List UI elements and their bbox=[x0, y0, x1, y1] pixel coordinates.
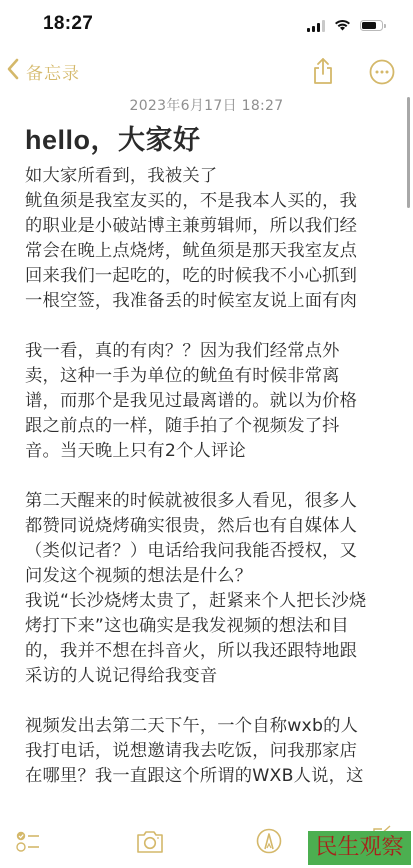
chevron-left-icon bbox=[6, 58, 20, 84]
note-line: 谱，而那个是我见过最离谱的。就以为价格 bbox=[25, 389, 380, 414]
wifi-icon bbox=[334, 16, 351, 35]
markup-button[interactable] bbox=[255, 827, 283, 859]
note-line: 跟之前点的一样，随手拍了个视频发了抖 bbox=[25, 414, 380, 439]
note-body[interactable]: 如大家所看到，我被关了 鱿鱼须是我室友买的，不是我本人买的，我 的职业是小破站博… bbox=[25, 164, 380, 789]
note-line: 都赞同说烧烤确实很贵，然后也有自媒体人 bbox=[25, 514, 380, 539]
note-line: 我说“长沙烧烤太贵了，赶紧来个人把长沙烧 bbox=[25, 589, 380, 614]
share-button[interactable] bbox=[310, 56, 336, 90]
note-title[interactable]: hello，大家好 bbox=[25, 120, 380, 160]
more-icon bbox=[368, 71, 396, 90]
note-line: 回来我们一起吃的，吃的时候我不小心抓到 bbox=[25, 264, 380, 289]
note-line: 我一看，真的有肉？？因为我们经常点外 bbox=[25, 339, 380, 364]
note-line: 采访的人说记得给我变音 bbox=[25, 664, 380, 689]
note-line: 鱿鱼须是我室友买的，不是我本人买的，我 bbox=[25, 189, 380, 214]
status-bar: 18:27 bbox=[0, 0, 413, 48]
back-label: 备忘录 bbox=[26, 59, 80, 84]
note-line: 一根空签，我准备丢的时候室友说上面有肉 bbox=[25, 289, 380, 314]
note-line: （类似记者？）电话给我问我能否授权，又 bbox=[25, 539, 380, 564]
watermark: 民生观察 bbox=[308, 831, 411, 865]
note-line: 的，我并不想在抖音火，所以我还跟特地跟 bbox=[25, 639, 380, 664]
camera-button[interactable] bbox=[135, 827, 165, 859]
note-date: 2023年6月17日 18:27 bbox=[0, 95, 413, 115]
battery-icon bbox=[360, 20, 383, 31]
note-line: 问发这个视频的想法是什么？ bbox=[25, 564, 380, 589]
camera-icon bbox=[135, 840, 165, 859]
navigation-bar: 备忘录 bbox=[0, 50, 413, 94]
note-line: 音。当天晚上只有2个人评论 bbox=[25, 439, 380, 464]
checklist-icon bbox=[15, 841, 45, 860]
note-blank-line bbox=[25, 464, 380, 489]
markup-icon bbox=[255, 840, 283, 859]
more-button[interactable] bbox=[368, 58, 396, 90]
note-blank-line bbox=[25, 689, 380, 714]
note-line: 的职业是小破站博主兼剪辑师，所以我们经 bbox=[25, 214, 380, 239]
status-icons bbox=[307, 16, 383, 35]
note-blank-line bbox=[25, 314, 380, 339]
note-line: 在哪里？我一直跟这个所谓的WXB人说，这 bbox=[25, 764, 380, 789]
checklist-button[interactable] bbox=[15, 828, 45, 860]
note-line: 视频发出去第二天下午，一个自称wxb的人 bbox=[25, 714, 380, 739]
note-line: 我打电话，说想邀请我去吃饭，问我那家店 bbox=[25, 739, 380, 764]
back-button[interactable]: 备忘录 bbox=[6, 58, 80, 84]
status-time: 18:27 bbox=[43, 13, 93, 35]
note-line: 第二天醒来的时候就被很多人看见，很多人 bbox=[25, 489, 380, 514]
note-line: 卖，这种一手为单位的鱿鱼有时候非常离 bbox=[25, 364, 380, 389]
note-line: 烤打下来”这也确实是我发视频的想法和目 bbox=[25, 614, 380, 639]
share-icon bbox=[310, 71, 336, 90]
scroll-indicator[interactable] bbox=[407, 97, 410, 208]
cellular-signal-icon bbox=[307, 20, 325, 32]
note-line: 常会在晚上点烧烤，鱿鱼须是那天我室友点 bbox=[25, 239, 380, 264]
note-editor[interactable]: hello，大家好 如大家所看到，我被关了 鱿鱼须是我室友买的，不是我本人买的，… bbox=[25, 120, 380, 789]
note-line: 如大家所看到，我被关了 bbox=[25, 164, 380, 189]
